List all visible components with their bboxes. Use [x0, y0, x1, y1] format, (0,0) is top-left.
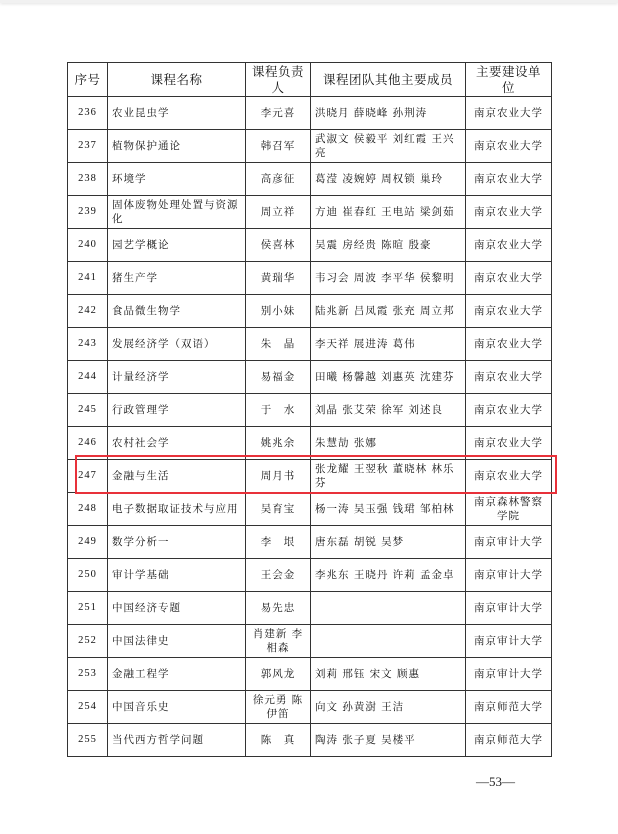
cell-no: 249 — [68, 526, 108, 559]
cell-members: 唐东磊 胡锐 吴梦 — [311, 526, 466, 559]
table-row: 242食品微生物学别小妹陆兆新 吕凤霞 张充 周立邦南京农业大学 — [68, 295, 552, 328]
table-row: 241猪生产学黄瑞华韦习会 周波 李平华 侯黎明南京农业大学 — [68, 262, 552, 295]
cell-members: 朱慧劼 张娜 — [311, 427, 466, 460]
cell-lead: 高彦征 — [246, 163, 311, 196]
header-lead: 课程负责人 — [246, 63, 311, 97]
cell-course-name: 审计学基础 — [108, 559, 246, 592]
cell-members: 葛滢 凌婉婷 周权锁 巢玲 — [311, 163, 466, 196]
cell-no: 245 — [68, 394, 108, 427]
cell-lead: 肖建新 李相森 — [246, 625, 311, 658]
cell-no: 248 — [68, 493, 108, 526]
cell-no: 242 — [68, 295, 108, 328]
cell-members: 武淑文 侯毅平 刘红霞 王兴亮 — [311, 130, 466, 163]
table-row: 255当代西方哲学问题陈 真陶涛 张子夏 吴楼平南京师范大学 — [68, 724, 552, 757]
cell-members: 张龙耀 王翌秋 董晓林 林乐芬 — [311, 460, 466, 493]
cell-no: 236 — [68, 97, 108, 130]
header-course-name: 课程名称 — [108, 63, 246, 97]
table-row: 247金融与生活周月书张龙耀 王翌秋 董晓林 林乐芬南京农业大学 — [68, 460, 552, 493]
cell-members: 刘晶 张艾荣 徐军 刘述良 — [311, 394, 466, 427]
cell-unit: 南京农业大学 — [466, 295, 552, 328]
cell-unit: 南京农业大学 — [466, 427, 552, 460]
cell-members: 韦习会 周波 李平华 侯黎明 — [311, 262, 466, 295]
table-row: 244计量经济学易福金田曦 杨馨越 刘惠英 沈建芬南京农业大学 — [68, 361, 552, 394]
table-row: 252中国法律史肖建新 李相森南京审计大学 — [68, 625, 552, 658]
cell-course-name: 植物保护通论 — [108, 130, 246, 163]
cell-unit: 南京师范大学 — [466, 724, 552, 757]
cell-course-name: 固体废物处理处置与资源化 — [108, 196, 246, 229]
cell-no: 255 — [68, 724, 108, 757]
cell-unit: 南京审计大学 — [466, 526, 552, 559]
table-row: 249数学分析一李 垠唐东磊 胡锐 吴梦南京审计大学 — [68, 526, 552, 559]
cell-members: 吴震 房经贵 陈暄 殷豪 — [311, 229, 466, 262]
cell-course-name: 电子数据取证技术与应用 — [108, 493, 246, 526]
cell-course-name: 农业昆虫学 — [108, 97, 246, 130]
cell-lead: 吴育宝 — [246, 493, 311, 526]
cell-unit: 南京师范大学 — [466, 691, 552, 724]
table-header-row: 序号 课程名称 课程负责人 课程团队其他主要成员 主要建设单位 — [68, 63, 552, 97]
cell-members — [311, 592, 466, 625]
cell-lead: 王会金 — [246, 559, 311, 592]
cell-members: 陶涛 张子夏 吴楼平 — [311, 724, 466, 757]
header-unit: 主要建设单位 — [466, 63, 552, 97]
cell-course-name: 中国音乐史 — [108, 691, 246, 724]
cell-unit: 南京审计大学 — [466, 559, 552, 592]
cell-unit: 南京审计大学 — [466, 625, 552, 658]
cell-members: 陆兆新 吕凤霞 张充 周立邦 — [311, 295, 466, 328]
cell-unit: 南京农业大学 — [466, 328, 552, 361]
cell-members: 李天祥 展进涛 葛伟 — [311, 328, 466, 361]
cell-unit: 南京农业大学 — [466, 394, 552, 427]
cell-unit: 南京农业大学 — [466, 361, 552, 394]
cell-no: 250 — [68, 559, 108, 592]
cell-lead: 周月书 — [246, 460, 311, 493]
cell-course-name: 发展经济学（双语） — [108, 328, 246, 361]
table-row: 250审计学基础王会金李兆东 王晓丹 许莉 孟金卓南京审计大学 — [68, 559, 552, 592]
table-row: 238环境学高彦征葛滢 凌婉婷 周权锁 巢玲南京农业大学 — [68, 163, 552, 196]
cell-course-name: 金融工程学 — [108, 658, 246, 691]
cell-course-name: 农村社会学 — [108, 427, 246, 460]
cell-no: 239 — [68, 196, 108, 229]
cell-no: 246 — [68, 427, 108, 460]
cell-no: 243 — [68, 328, 108, 361]
cell-unit: 南京农业大学 — [466, 97, 552, 130]
course-table: 序号 课程名称 课程负责人 课程团队其他主要成员 主要建设单位 236农业昆虫学… — [67, 62, 552, 757]
cell-lead: 陈 真 — [246, 724, 311, 757]
cell-members: 方迪 崔春红 王电站 梁剑茹 — [311, 196, 466, 229]
table-row: 237植物保护通论韩召军武淑文 侯毅平 刘红霞 王兴亮南京农业大学 — [68, 130, 552, 163]
cell-unit: 南京农业大学 — [466, 262, 552, 295]
cell-no: 252 — [68, 625, 108, 658]
header-no: 序号 — [68, 63, 108, 97]
cell-lead: 韩召军 — [246, 130, 311, 163]
cell-members: 洪晓月 薛晓峰 孙荆涛 — [311, 97, 466, 130]
table-row: 251中国经济专题易先忠南京审计大学 — [68, 592, 552, 625]
cell-unit: 南京审计大学 — [466, 658, 552, 691]
cell-lead: 李元喜 — [246, 97, 311, 130]
cell-unit: 南京农业大学 — [466, 163, 552, 196]
table-body: 236农业昆虫学李元喜洪晓月 薛晓峰 孙荆涛南京农业大学237植物保护通论韩召军… — [68, 97, 552, 757]
table-row: 246农村社会学姚兆余朱慧劼 张娜南京农业大学 — [68, 427, 552, 460]
cell-no: 241 — [68, 262, 108, 295]
cell-lead: 别小妹 — [246, 295, 311, 328]
viewer-top-bar — [0, 0, 618, 3]
cell-lead: 黄瑞华 — [246, 262, 311, 295]
cell-course-name: 计量经济学 — [108, 361, 246, 394]
cell-lead: 易福金 — [246, 361, 311, 394]
cell-course-name: 数学分析一 — [108, 526, 246, 559]
cell-course-name: 中国经济专题 — [108, 592, 246, 625]
table-row: 254中国音乐史徐元勇 陈伊笛向文 孙黄澍 王洁南京师范大学 — [68, 691, 552, 724]
cell-lead: 朱 晶 — [246, 328, 311, 361]
cell-unit: 南京审计大学 — [466, 592, 552, 625]
page-number: —53— — [476, 774, 515, 790]
cell-no: 253 — [68, 658, 108, 691]
cell-lead: 于 水 — [246, 394, 311, 427]
cell-course-name: 金融与生活 — [108, 460, 246, 493]
cell-members: 刘莉 邢钰 宋文 顾惠 — [311, 658, 466, 691]
cell-no: 247 — [68, 460, 108, 493]
cell-unit: 南京农业大学 — [466, 130, 552, 163]
cell-course-name: 食品微生物学 — [108, 295, 246, 328]
table-row: 240园艺学概论侯喜林吴震 房经贵 陈暄 殷豪南京农业大学 — [68, 229, 552, 262]
cell-lead: 郭风龙 — [246, 658, 311, 691]
cell-no: 240 — [68, 229, 108, 262]
cell-unit: 南京农业大学 — [466, 229, 552, 262]
cell-no: 251 — [68, 592, 108, 625]
table-row: 253金融工程学郭风龙刘莉 邢钰 宋文 顾惠南京审计大学 — [68, 658, 552, 691]
cell-lead: 周立祥 — [246, 196, 311, 229]
cell-course-name: 猪生产学 — [108, 262, 246, 295]
cell-lead: 姚兆余 — [246, 427, 311, 460]
cell-no: 237 — [68, 130, 108, 163]
header-members: 课程团队其他主要成员 — [311, 63, 466, 97]
cell-unit: 南京森林警察学院 — [466, 493, 552, 526]
cell-course-name: 园艺学概论 — [108, 229, 246, 262]
table-row: 239固体废物处理处置与资源化周立祥方迪 崔春红 王电站 梁剑茹南京农业大学 — [68, 196, 552, 229]
cell-lead: 易先忠 — [246, 592, 311, 625]
cell-lead: 侯喜林 — [246, 229, 311, 262]
table-row: 243发展经济学（双语）朱 晶李天祥 展进涛 葛伟南京农业大学 — [68, 328, 552, 361]
cell-members: 杨一涛 吴玉强 钱珺 邹柏林 — [311, 493, 466, 526]
cell-course-name: 环境学 — [108, 163, 246, 196]
cell-course-name: 中国法律史 — [108, 625, 246, 658]
cell-course-name: 当代西方哲学问题 — [108, 724, 246, 757]
cell-unit: 南京农业大学 — [466, 196, 552, 229]
cell-members: 李兆东 王晓丹 许莉 孟金卓 — [311, 559, 466, 592]
cell-course-name: 行政管理学 — [108, 394, 246, 427]
cell-no: 238 — [68, 163, 108, 196]
table-row: 245行政管理学于 水刘晶 张艾荣 徐军 刘述良南京农业大学 — [68, 394, 552, 427]
cell-members: 向文 孙黄澍 王洁 — [311, 691, 466, 724]
cell-members — [311, 625, 466, 658]
table-row: 248电子数据取证技术与应用吴育宝杨一涛 吴玉强 钱珺 邹柏林南京森林警察学院 — [68, 493, 552, 526]
cell-members: 田曦 杨馨越 刘惠英 沈建芬 — [311, 361, 466, 394]
cell-no: 254 — [68, 691, 108, 724]
cell-unit: 南京农业大学 — [466, 460, 552, 493]
cell-lead: 李 垠 — [246, 526, 311, 559]
cell-lead: 徐元勇 陈伊笛 — [246, 691, 311, 724]
cell-no: 244 — [68, 361, 108, 394]
table-row: 236农业昆虫学李元喜洪晓月 薛晓峰 孙荆涛南京农业大学 — [68, 97, 552, 130]
